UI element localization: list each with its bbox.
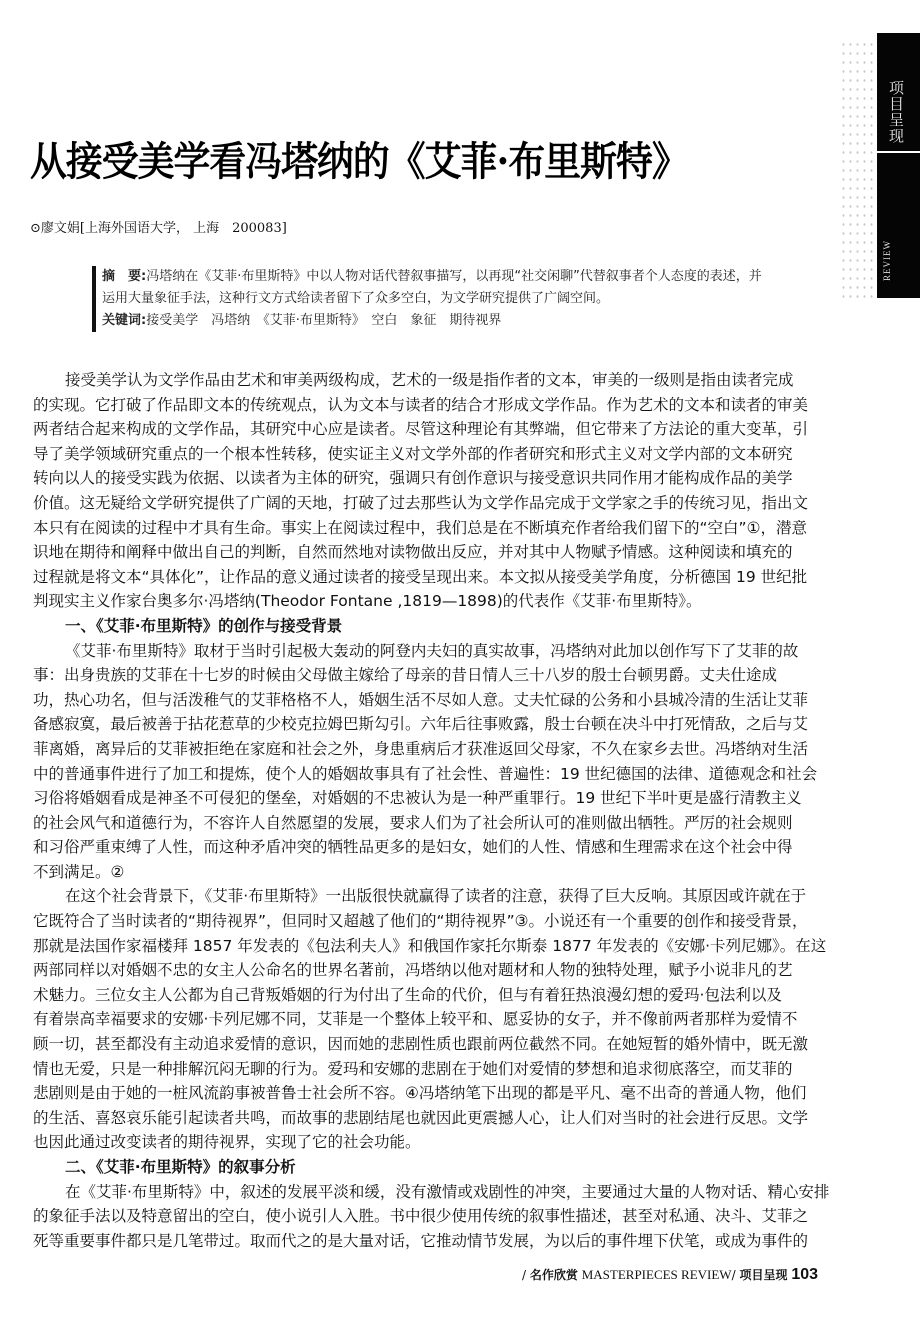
abstract-line-2: 运用大量象征手法，这种行文方式给读者留下了众多空白，为文学研究提供了广阔空间。 bbox=[102, 288, 812, 310]
body-line: 不到满足。② bbox=[33, 860, 793, 885]
body-line: 事：出身贵族的艾菲在十七岁的时候由父母做主嫁给了母亲的昔日情人三十八岁的殷士台顿… bbox=[33, 663, 793, 688]
page-number: 103 bbox=[791, 1266, 818, 1283]
paragraph-intro: 接受美学认为文学作品由艺术和审美两级构成，艺术的一级是指作者的文本，审美的一级则… bbox=[33, 368, 793, 614]
abstract-text: 冯塔纳在《艾菲·布里斯特》中以人物对话代替叙事描写，以再现“社交闲聊”代替叙事者… bbox=[146, 269, 762, 284]
body-line: 的生活、喜怒哀乐能引起读者共鸣，而故事的悲剧结尾也就因此更震撼人心，让人们对当时… bbox=[33, 1106, 793, 1131]
abstract-block: 摘 要:冯塔纳在《艾菲·布里斯特》中以人物对话代替叙事描写，以再现“社交闲聊”代… bbox=[92, 266, 812, 310]
keywords-label: 关键词: bbox=[102, 313, 146, 328]
body-line: 《艾菲·布里斯特》取材于当时引起极大轰动的阿登内夫妇的真实故事，冯塔纳对此加以创… bbox=[33, 639, 793, 664]
abstract-section: 摘 要:冯塔纳在《艾菲·布里斯特》中以人物对话代替叙事描写，以再现“社交闲聊”代… bbox=[92, 266, 812, 332]
abstract-line-1: 摘 要:冯塔纳在《艾菲·布里斯特》中以人物对话代替叙事描写，以再现“社交闲聊”代… bbox=[102, 266, 812, 288]
body-line: 功，热心功名，但与活泼稚气的艾菲格格不人，婚姻生活不尽如人意。丈夫忙碌的公务和小… bbox=[33, 688, 793, 713]
body-line: 判现实主义作家台奥多尔·冯塔纳(Theodor Fontane ,1819—18… bbox=[33, 589, 793, 614]
journal-name-cn: 名作欣赏 bbox=[530, 1268, 578, 1282]
footer-separator: / bbox=[522, 1268, 526, 1282]
body-line: 顾一切，甚至都没有主动追求爱情的意识，因而她的悲剧性质也跟前两位截然不同。在她短… bbox=[33, 1032, 793, 1057]
body-line: 过程就是将文本“具体化”，让作品的意义通过读者的接受呈现出来。本文拟从接受美学角… bbox=[33, 565, 793, 590]
keywords-block: 关键词:接受美学 冯塔纳 《艾菲·布里斯特》 空白 象征 期待视界 bbox=[92, 310, 812, 332]
section-heading-1: 一、《艾菲·布里斯特》的创作与接受背景 bbox=[33, 614, 793, 639]
abstract-label: 摘 要: bbox=[102, 269, 146, 284]
body-line: 菲离婚，离异后的艾菲被拒绝在家庭和社会之外，身患重病后才获准返回父母家，不久在家… bbox=[33, 737, 793, 762]
body-line: 两部同样以对婚姻不忠的女主人公命名的世界名著前，冯塔纳以他对题材和人物的独特处理… bbox=[33, 958, 793, 983]
section-side-tab-label: 项目呈现 bbox=[884, 80, 904, 144]
body-line: 也因此通过改变读者的期待视界，实现了它的社会功能。 bbox=[33, 1130, 793, 1155]
body-line: 本只有在阅读的过程中才具有生命。事实上在阅读过程中，我们总是在不断填充作者给我们… bbox=[33, 516, 793, 541]
body-line: 术魅力。三位女主人公都为自己背叛婚姻的行为付出了生命的代价，但与有着狂热浪漫幻想… bbox=[33, 983, 793, 1008]
body-line: 转向以人的接受实践为依据、以读者为主体的研究，强调只有创作意识与接受意识共同作用… bbox=[33, 466, 793, 491]
body-line: 的实现。它打破了作品即文本的传统观点，认为文本与读者的结合才形成文学作品。作为艺… bbox=[33, 393, 793, 418]
body-line: 死等重要事件都只是几笔带过。取而代之的是大量对话，它推动情节发展，为以后的事件埋… bbox=[33, 1229, 793, 1254]
body-line: 那就是法国作家福楼拜 1857 年发表的《包法利夫人》和俄国作家托尔斯泰 187… bbox=[33, 934, 793, 959]
body-line: 悲剧则是由于她的一桩风流韵事被普鲁士社会所不容。④冯塔纳笔下出现的都是平凡、毫不… bbox=[33, 1081, 793, 1106]
body-line: 在这个社会背景下，《艾菲·布里斯特》一出版很快就赢得了读者的注意，获得了巨大反响… bbox=[33, 884, 793, 909]
body-line: 情也无爱，只是一种排解沉闷无聊的行为。爱玛和安娜的悲剧在于她们对爱情的梦想和追求… bbox=[33, 1057, 793, 1082]
journal-name-en: MASTERPIECES REVIEW bbox=[582, 1267, 732, 1282]
body-line: 有着崇高幸福要求的安娜·卡列尼娜不同，艾菲是一个整体上较平和、愿妥协的女子，并不… bbox=[33, 1007, 793, 1032]
body-line: 接受美学认为文学作品由艺术和审美两级构成，艺术的一级是指作者的文本，审美的一级则… bbox=[33, 368, 793, 393]
body-line: 备感寂寞，最后被善于拈花惹草的少校克拉姆巴斯勾引。六年后往事败露，殷士台顿在决斗… bbox=[33, 712, 793, 737]
body-line: 两者结合起来构成的文学作品，其研究中心应是读者。尽管这种理论有其弊端，但它带来了… bbox=[33, 417, 793, 442]
body-line: 和习俗严重束缚了人性，而这种矛盾冲突的牺牲品更多的是妇女，她们的人性、情感和生理… bbox=[33, 835, 793, 860]
body-line: 导了美学领域研究重点的一个根本性转移，使实证主义对文学外部的作者研究和形式主义对… bbox=[33, 442, 793, 467]
article-body: 接受美学认为文学作品由艺术和审美两级构成，艺术的一级是指作者的文本，审美的一级则… bbox=[33, 368, 793, 1253]
article-title: 从接受美学看冯塔纳的《艾菲·布里斯特》 bbox=[30, 130, 688, 187]
scan-noise-decoration bbox=[840, 40, 876, 300]
paragraph-background: 《艾菲·布里斯特》取材于当时引起极大轰动的阿登内夫妇的真实故事，冯塔纳对此加以创… bbox=[33, 639, 793, 885]
footer-separator: / bbox=[732, 1268, 736, 1282]
section-side-block-label: REVIEW bbox=[882, 240, 892, 281]
body-line: 识地在期待和阐释中做出自己的判断，自然而然地对读物做出反应，并对其中人物赋予情感… bbox=[33, 540, 793, 565]
page-footer: / 名作欣赏 MASTERPIECES REVIEW/ 项目呈现 103 bbox=[522, 1266, 818, 1284]
paragraph-reception: 在这个社会背景下，《艾菲·布里斯特》一出版很快就赢得了读者的注意，获得了巨大反响… bbox=[33, 884, 793, 1155]
body-line: 它既符合了当时读者的“期待视界”，但同时又超越了他们的“期待视界”③。小说还有一… bbox=[33, 909, 793, 934]
author-affiliation: ⊙廖文娟[上海外国语大学， 上海 200083] bbox=[30, 217, 287, 236]
keywords-text: 接受美学 冯塔纳 《艾菲·布里斯特》 空白 象征 期待视界 bbox=[146, 313, 501, 328]
body-line: 价值。这无疑给文学研究提供了广阔的天地，打破了过去那些认为文学作品完成于文学家之… bbox=[33, 491, 793, 516]
body-line: 习俗将婚姻看成是神圣不可侵犯的堡垒，对婚姻的不忠被认为是一种严重罪行。19 世纪… bbox=[33, 786, 793, 811]
body-line: 在《艾菲·布里斯特》中，叙述的发展平淡和缓，没有激情或戏剧性的冲突，主要通过大量… bbox=[33, 1180, 793, 1205]
paragraph-narrative: 在《艾菲·布里斯特》中，叙述的发展平淡和缓，没有激情或戏剧性的冲突，主要通过大量… bbox=[33, 1180, 793, 1254]
footer-section-name: 项目呈现 bbox=[739, 1268, 787, 1282]
body-line: 中的普通事件进行了加工和提炼，使个人的婚姻故事具有了社会性、普遍性：19 世纪德… bbox=[33, 762, 793, 787]
body-line: 的象征手法以及特意留出的空白，使小说引人入胜。书中很少使用传统的叙事性描述，甚至… bbox=[33, 1204, 793, 1229]
body-line: 的社会风气和道德行为，不容许人自然愿望的发展，要求人们为了社会所认可的准则做出牺… bbox=[33, 811, 793, 836]
section-heading-2: 二、《艾菲·布里斯特》的叙事分析 bbox=[33, 1155, 793, 1180]
